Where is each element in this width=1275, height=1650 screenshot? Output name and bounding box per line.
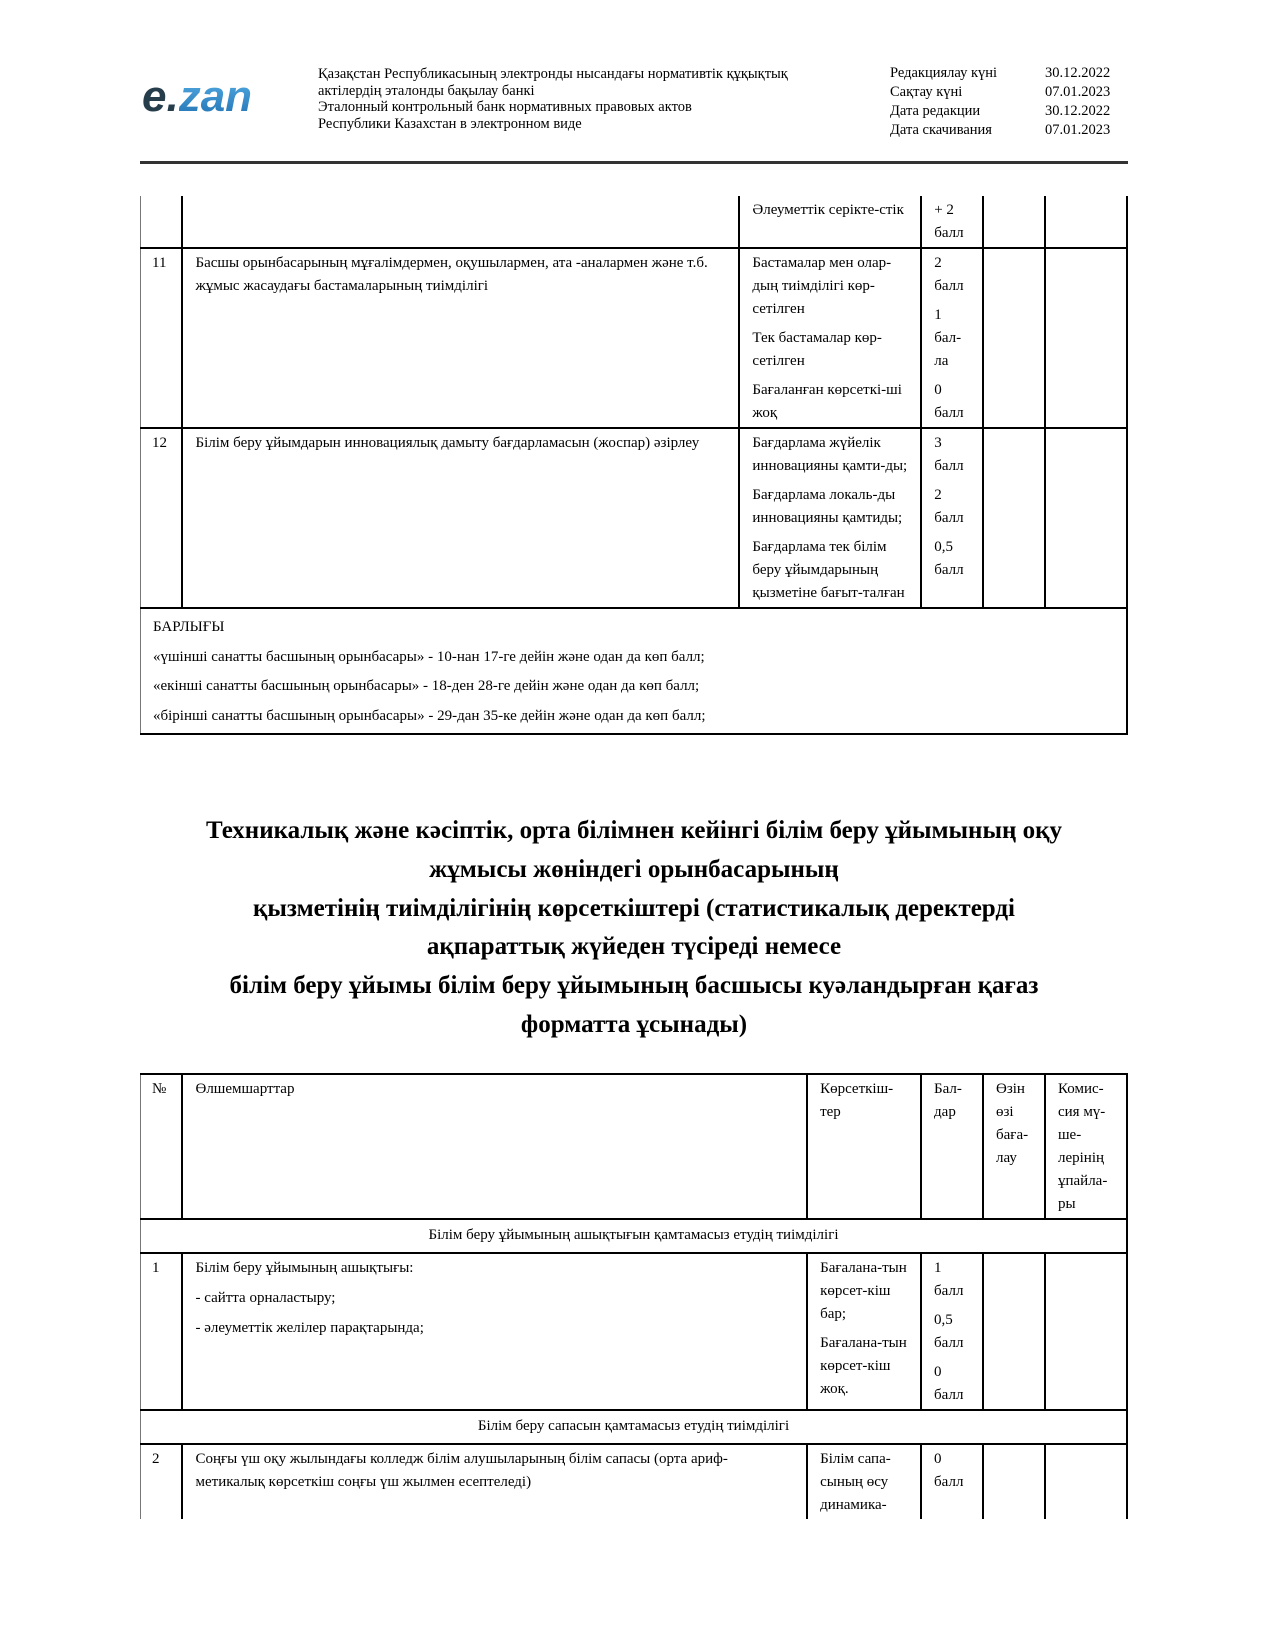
description-line: актілердің эталонды бақылау банкі (318, 83, 788, 100)
header-self-assessment: Өзін өзі баға-лау (983, 1074, 1045, 1219)
criterion-cell: Білім беру ұйымдарын инновациялық дамыту… (182, 428, 739, 608)
indicator-option: Бағаланған көрсеткі-ші жоқ (752, 379, 908, 425)
commission-cell (1045, 196, 1127, 248)
ezan-logo: e.zan (142, 75, 252, 119)
num-cell: 2 (141, 1444, 183, 1519)
points-option: 0 балл (934, 379, 970, 425)
self-assessment-cell (983, 1253, 1045, 1410)
criteria-table: № Өлшемшарттар Көрсеткіш-тер Бал-дар Өзі… (140, 1073, 1128, 1519)
meta-value: 30.12.2022 (1045, 64, 1135, 83)
criterion-cell: Соңғы үш оқу жылындағы колледж білім алу… (182, 1444, 807, 1519)
commission-cell (1045, 1444, 1127, 1519)
table-row: 12 Білім беру ұйымдарын инновациялық дам… (141, 428, 1128, 608)
points-cell: 2 балл 1 бал-ла 0 балл (921, 248, 983, 428)
num-cell: 1 (141, 1253, 183, 1410)
header-meta: Редакциялау күні30.12.2022 Сақтау күні07… (890, 64, 1135, 140)
indicator-cell: Бастамалар мен олар-дың тиімділігі көр-с… (739, 248, 921, 428)
points-option: 3 балл (934, 432, 970, 478)
document-header: e.zan Қазақстан Республикасының электрон… (140, 60, 1128, 164)
title-line: Техникалық және кәсіптік, орта білімнен … (140, 812, 1128, 851)
title-line: жұмысы жөніндегі орынбасарының (140, 851, 1128, 890)
indicator-option: Бағдарлама тек білім беру ұйымдарының қы… (752, 536, 908, 605)
table-row: 2 Соңғы үш оқу жылындағы колледж білім а… (141, 1444, 1128, 1519)
totals-line: «екінші санатты басшының орынбасары» - 1… (153, 672, 1114, 702)
points-cell: 0 балл (921, 1444, 983, 1519)
points-option: 0,5 балл (934, 1309, 970, 1355)
section-title: Техникалық және кәсіптік, орта білімнен … (140, 812, 1128, 1045)
meta-row: Сақтау күні07.01.2023 (890, 83, 1135, 102)
title-line: қызметінің тиімділігінің көрсеткіштері (… (140, 890, 1128, 929)
points-option: 2 балл (934, 252, 970, 298)
num-cell: 12 (141, 428, 183, 608)
description-line: Эталонный контрольный банк нормативных п… (318, 99, 788, 116)
indicator-option: Бағалана-тын көрсет-кіш бар; (820, 1257, 908, 1326)
num-cell (141, 196, 183, 248)
criterion-cell: Басшы орынбасарының мұғалімдермен, оқушы… (182, 248, 739, 428)
indicator-cell: Бағалана-тын көрсет-кіш бар; Бағалана-ты… (807, 1253, 921, 1410)
section-heading: Білім беру сапасын қамтамасыз етудің тиі… (141, 1410, 1128, 1444)
meta-row: Дата редакции30.12.2022 (890, 102, 1135, 121)
table-header-row: № Өлшемшарттар Көрсеткіш-тер Бал-дар Өзі… (141, 1074, 1128, 1219)
meta-label: Сақтау күні (890, 83, 1045, 102)
criterion-cell (182, 196, 739, 248)
header-points: Бал-дар (921, 1074, 983, 1219)
title-line: ақпараттық жүйеден түсіреді немесе (140, 928, 1128, 967)
points-cell: 3 балл 2 балл 0,5 балл (921, 428, 983, 608)
header-description: Қазақстан Республикасының электронды ныс… (318, 66, 788, 132)
table-row: 11 Басшы орынбасарының мұғалімдермен, оқ… (141, 248, 1128, 428)
points-cell: + 2 балл (921, 196, 983, 248)
commission-cell (1045, 428, 1127, 608)
self-assessment-cell (983, 1444, 1045, 1519)
totals-line: «бірінші санатты басшының орынбасары» - … (153, 702, 1114, 732)
section-heading: Білім беру ұйымының ашықтығын қамтамасыз… (141, 1219, 1128, 1253)
criterion-line: - сайтта орналастыру; (195, 1287, 794, 1310)
indicator-cell: Бағдарлама жүйелік инновацияны қамти-ды;… (739, 428, 921, 608)
meta-row: Редакциялау күні30.12.2022 (890, 64, 1135, 83)
title-line: форматта ұсынады) (140, 1006, 1128, 1045)
header-indicators: Көрсеткіш-тер (807, 1074, 921, 1219)
section-row: Білім беру ұйымының ашықтығын қамтамасыз… (141, 1219, 1128, 1253)
indicator-option: Тек бастамалар көр-сетілген (752, 327, 908, 373)
meta-value: 07.01.2023 (1045, 83, 1135, 102)
indicator-option: Бастамалар мен олар-дың тиімділігі көр-с… (752, 252, 908, 321)
indicator-cell: Білім сапа-сының өсу динамика- (807, 1444, 921, 1519)
points-option: 0,5 балл (934, 536, 970, 582)
logo-suffix: zan (179, 72, 252, 121)
totals-cell: БАРЛЫҒЫ «үшінші санатты басшының орынбас… (141, 608, 1128, 734)
self-assessment-cell (983, 428, 1045, 608)
meta-value: 07.01.2023 (1045, 121, 1135, 140)
section-row: Білім беру сапасын қамтамасыз етудің тиі… (141, 1410, 1128, 1444)
points-option: 1 бал-ла (934, 304, 970, 373)
totals-row: БАРЛЫҒЫ «үшінші санатты басшының орынбас… (141, 608, 1128, 734)
meta-label: Дата редакции (890, 102, 1045, 121)
table-row: Әлеуметтік серікте-стік + 2 балл (141, 196, 1128, 248)
title-line: білім беру ұйымы білім беру ұйымының бас… (140, 967, 1128, 1006)
self-assessment-cell (983, 196, 1045, 248)
description-line: Қазақстан Республикасының электронды ныс… (318, 66, 788, 83)
totals-line: «үшінші санатты басшының орынбасары» - 1… (153, 643, 1114, 673)
totals-heading: БАРЛЫҒЫ (153, 613, 1114, 643)
meta-value: 30.12.2022 (1045, 102, 1135, 121)
points-option: 1 балл (934, 1257, 970, 1303)
header-divider (140, 161, 1128, 164)
table-row: 1 Білім беру ұйымының ашықтығы: - сайтта… (141, 1253, 1128, 1410)
criteria-table-continued: Әлеуметтік серікте-стік + 2 балл 11 Басш… (140, 196, 1128, 735)
description-line: Республики Казахстан в электронном виде (318, 116, 788, 133)
indicator-option: Бағдарлама жүйелік инновацияны қамти-ды; (752, 432, 908, 478)
commission-cell (1045, 248, 1127, 428)
meta-label: Редакциялау күні (890, 64, 1045, 83)
meta-label: Дата скачивания (890, 121, 1045, 140)
header-criteria: Өлшемшарттар (182, 1074, 807, 1219)
header-num: № (141, 1074, 183, 1219)
criterion-line: - әлеуметтік желілер парақтарында; (195, 1317, 794, 1340)
meta-row: Дата скачивания07.01.2023 (890, 121, 1135, 140)
self-assessment-cell (983, 248, 1045, 428)
commission-cell (1045, 1253, 1127, 1410)
criterion-line: Білім беру ұйымының ашықтығы: (195, 1257, 794, 1280)
points-option: 0 балл (934, 1361, 970, 1407)
num-cell: 11 (141, 248, 183, 428)
indicator-option: Бағдарлама локаль-ды инновацияны қамтиды… (752, 484, 908, 530)
logo-prefix: e. (142, 72, 179, 121)
header-commission: Комис-сия мү-ше-лерінің ұпайла-ры (1045, 1074, 1127, 1219)
points-option: 2 балл (934, 484, 970, 530)
points-cell: 1 балл 0,5 балл 0 балл (921, 1253, 983, 1410)
criterion-cell: Білім беру ұйымының ашықтығы: - сайтта о… (182, 1253, 807, 1410)
indicator-cell: Әлеуметтік серікте-стік (739, 196, 921, 248)
indicator-option: Бағалана-тын көрсет-кіш жоқ. (820, 1332, 908, 1401)
